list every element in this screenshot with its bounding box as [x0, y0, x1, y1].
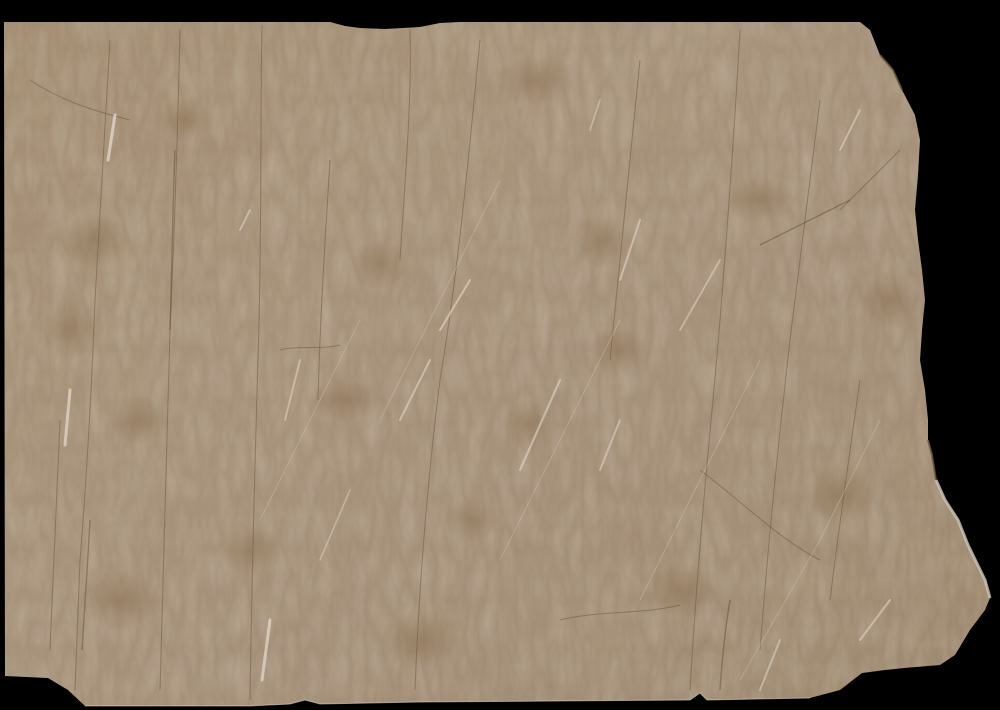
marble-slab-photo — [0, 0, 1000, 710]
marble-slab — [0, 0, 1000, 710]
